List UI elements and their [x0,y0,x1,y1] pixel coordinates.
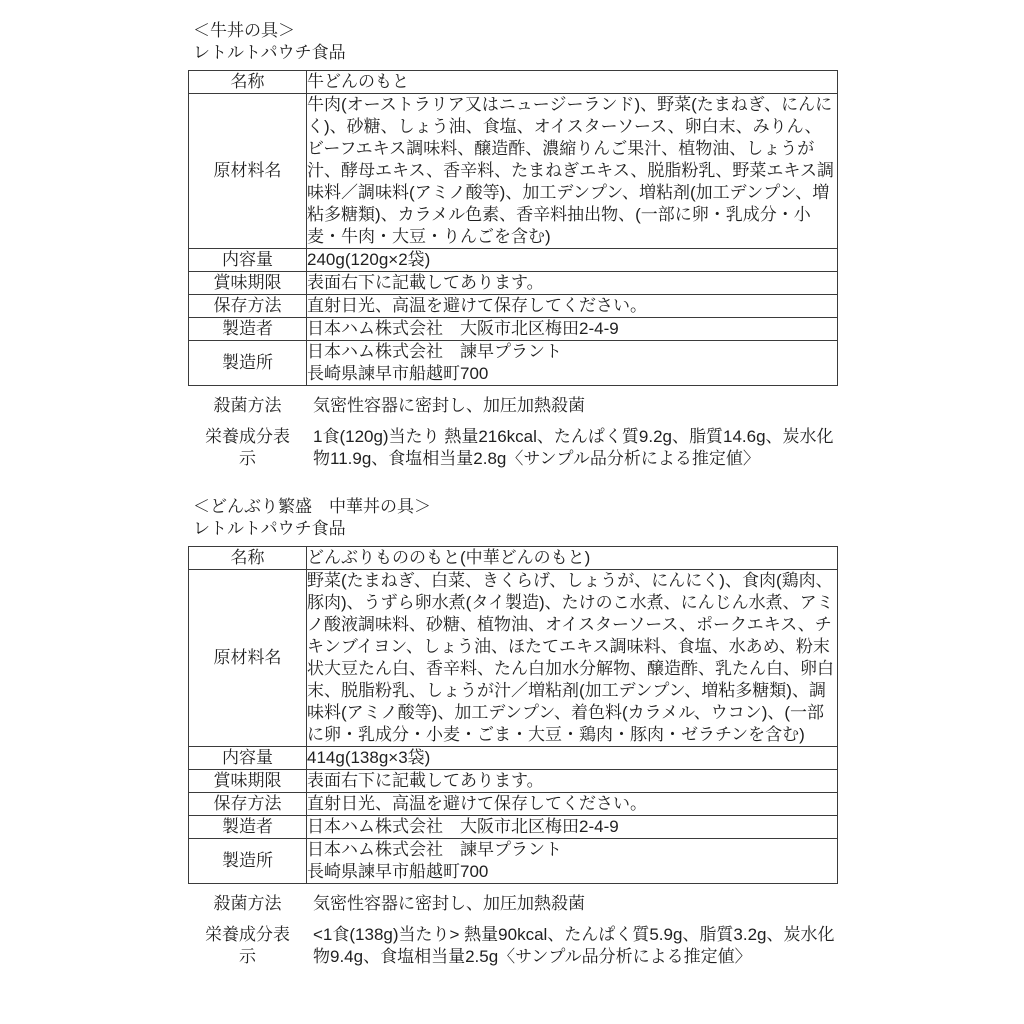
nutrition-label: 栄養成分表 示 [188,924,307,968]
row-value: 240g(120g×2袋) [307,249,838,272]
nutrition-row: 栄養成分表 示 <1食(138g)当たり> 熱量90kcal、たんぱく質5.9g… [188,924,838,968]
row-label: 賞味期限 [189,770,307,793]
table-row-best-before: 賞味期限 表面右下に記載してあります。 [189,770,838,793]
table-row-name: 名称 どんぶりもののもと(中華どんのもと) [189,547,838,570]
table-row-storage: 保存方法 直射日光、高温を避けて保存してください。 [189,793,838,816]
row-label: 保存方法 [189,295,307,318]
row-label: 原材料名 [189,94,307,249]
product-section-gyudon: ＜牛丼の具＞ レトルトパウチ食品 名称 牛どんのもと 原材料名 牛肉(オーストラ… [188,20,838,470]
row-value: 414g(138g×3袋) [307,747,838,770]
label-document: ＜牛丼の具＞ レトルトパウチ食品 名称 牛どんのもと 原材料名 牛肉(オーストラ… [0,0,838,968]
table-row-net-content: 内容量 414g(138g×3袋) [189,747,838,770]
row-label: 製造所 [189,341,307,386]
sterilization-row: 殺菌方法 気密性容器に密封し、加圧加熱殺菌 [188,893,838,915]
sterilization-label: 殺菌方法 [188,893,307,915]
row-label: 原材料名 [189,570,307,747]
row-label: 内容量 [189,249,307,272]
product-info-table: 名称 どんぶりもののもと(中華どんのもと) 原材料名 野菜(たまねぎ、白菜、きく… [188,546,838,884]
row-value: 表面右下に記載してあります。 [307,272,838,295]
row-value: 牛肉(オーストラリア又はニュージーランド)、野菜(たまねぎ、にんにく)、砂糖、し… [307,94,838,249]
row-label: 名称 [189,71,307,94]
table-row-factory: 製造所 日本ハム株式会社 諫早プラント 長崎県諫早市船越町700 [189,341,838,386]
sterilization-value: 気密性容器に密封し、加圧加熱殺菌 [307,395,838,417]
sterilization-label: 殺菌方法 [188,395,307,417]
product-section-chukadon: ＜どんぶり繁盛 中華丼の具＞ レトルトパウチ食品 名称 どんぶりもののもと(中華… [188,496,838,968]
table-row-factory: 製造所 日本ハム株式会社 諫早プラント 長崎県諫早市船越町700 [189,839,838,884]
package-type-label: レトルトパウチ食品 [193,42,838,64]
row-value: 野菜(たまねぎ、白菜、きくらげ、しょうが、にんにく)、食肉(鶏肉、豚肉)、うずら… [307,570,838,747]
table-row-manufacturer: 製造者 日本ハム株式会社 大阪市北区梅田2-4-9 [189,318,838,341]
nutrition-row: 栄養成分表 示 1食(120g)当たり 熱量216kcal、たんぱく質9.2g、… [188,426,838,470]
row-value: 表面右下に記載してあります。 [307,770,838,793]
table-row-ingredients: 原材料名 野菜(たまねぎ、白菜、きくらげ、しょうが、にんにく)、食肉(鶏肉、豚肉… [189,570,838,747]
row-value: 日本ハム株式会社 大阪市北区梅田2-4-9 [307,318,838,341]
section-title: ＜どんぶり繁盛 中華丼の具＞ [193,496,838,518]
package-type-label: レトルトパウチ食品 [193,518,838,540]
nutrition-value: 1食(120g)当たり 熱量216kcal、たんぱく質9.2g、脂質14.6g、… [307,426,838,470]
table-row-ingredients: 原材料名 牛肉(オーストラリア又はニュージーランド)、野菜(たまねぎ、にんにく)… [189,94,838,249]
row-value: 日本ハム株式会社 大阪市北区梅田2-4-9 [307,816,838,839]
row-label: 製造所 [189,839,307,884]
row-label: 賞味期限 [189,272,307,295]
row-value: 日本ハム株式会社 諫早プラント 長崎県諫早市船越町700 [307,839,838,884]
row-value: 日本ハム株式会社 諫早プラント 長崎県諫早市船越町700 [307,341,838,386]
row-label: 製造者 [189,816,307,839]
sterilization-row: 殺菌方法 気密性容器に密封し、加圧加熱殺菌 [188,395,838,417]
table-row-name: 名称 牛どんのもと [189,71,838,94]
table-row-manufacturer: 製造者 日本ハム株式会社 大阪市北区梅田2-4-9 [189,816,838,839]
row-value: 直射日光、高温を避けて保存してください。 [307,793,838,816]
row-value: 直射日光、高温を避けて保存してください。 [307,295,838,318]
product-info-table: 名称 牛どんのもと 原材料名 牛肉(オーストラリア又はニュージーランド)、野菜(… [188,70,838,386]
row-label: 内容量 [189,747,307,770]
row-value: 牛どんのもと [307,71,838,94]
row-value: どんぶりもののもと(中華どんのもと) [307,547,838,570]
section-title: ＜牛丼の具＞ [193,20,838,42]
row-label: 保存方法 [189,793,307,816]
nutrition-value: <1食(138g)当たり> 熱量90kcal、たんぱく質5.9g、脂質3.2g、… [307,924,838,968]
table-row-best-before: 賞味期限 表面右下に記載してあります。 [189,272,838,295]
nutrition-label: 栄養成分表 示 [188,426,307,470]
row-label: 名称 [189,547,307,570]
table-row-storage: 保存方法 直射日光、高温を避けて保存してください。 [189,295,838,318]
table-row-net-content: 内容量 240g(120g×2袋) [189,249,838,272]
sterilization-value: 気密性容器に密封し、加圧加熱殺菌 [307,893,838,915]
row-label: 製造者 [189,318,307,341]
